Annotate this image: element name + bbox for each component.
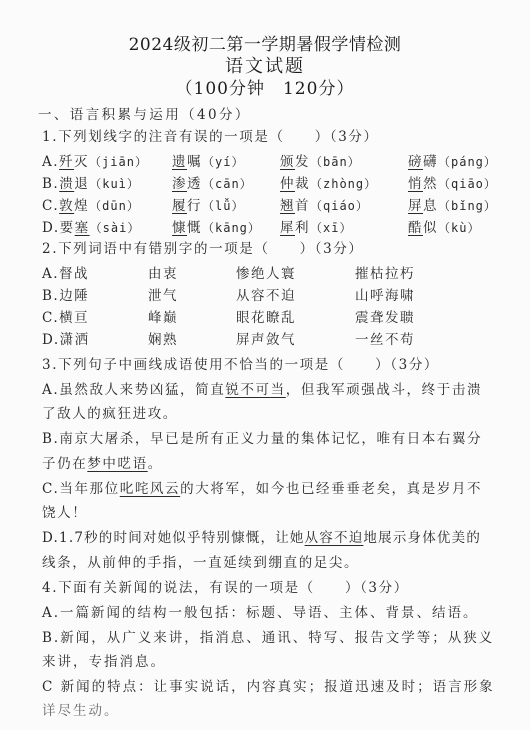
q3-option-b-line1: B.南京大屠杀，早已是所有正义力量的集体记忆，唯有日本右翼分	[42, 427, 482, 447]
q2-option-word: 眼花瞭乱	[236, 306, 296, 326]
q1-option-item: 颁发（bān）	[280, 150, 361, 170]
q3-option-d-line2: 线条，从前伸的手指，一直延续到绷直的足尖。	[42, 551, 359, 571]
q1-option-item: C.敦煌（dūn）	[42, 194, 140, 214]
q3-option-b-line2: 子仍在梦中呓语。	[42, 452, 163, 472]
q1-option-item: 悄然（qiāo）	[408, 172, 497, 192]
q2-option-word: 惨绝人寰	[236, 262, 296, 282]
section-heading: 一、语言积累与运用（40分）	[38, 103, 251, 123]
q1-option-item: A.歼灭（jiān）	[42, 150, 148, 170]
q4-option-b-line1: B.新闻，从广义来讲，指消息、通讯、特写、报告文学等；从狭义	[42, 626, 494, 646]
q2-option-word: 峰巅	[148, 306, 178, 326]
q3-option-c-line1: C.当年那位叱咤风云的大将军，如今也已经垂垂老矣，真是岁月不	[42, 477, 482, 497]
q3-option-c-line2: 饶人！	[42, 501, 87, 521]
q4-option-a: A.一篇新闻的结构一般包括：标题、导语、主体、背景、结语。	[42, 601, 479, 621]
q2-option-word: 娴熟	[148, 328, 178, 348]
time-score: （100分钟 120分）	[0, 74, 530, 99]
q2-option-word: 从容不迫	[236, 284, 296, 304]
q1-option-item: 磅礴（páng）	[408, 150, 497, 170]
q3-option-a-line2: 了敌人的疯狂进攻。	[42, 402, 178, 422]
q4-stem: 4.下面有关新闻的说法，有误的一项是（ ）（3分）	[42, 576, 409, 596]
q3-option-a-line1: A.虽然敌人来势凶猛，简直锐不可当，但我军顽强战斗，终于击溃	[42, 378, 482, 398]
exam-page: 2024级初二第一学期暑假学情检测 语文试题 （100分钟 120分） 一、语言…	[0, 0, 530, 730]
q2-option-word: D.潇洒	[42, 328, 90, 348]
q2-option-word: B.边陲	[42, 284, 89, 304]
q1-option-item: B.溃退（kuì）	[42, 172, 140, 192]
q1-stem: 1.下列划线字的注音有误的一项是（ ）（3分）	[42, 125, 379, 145]
q1-option-item: 仲裁（zhòng）	[280, 172, 377, 192]
q2-stem: 2.下列词语中有错别字的一项是（ ）（3分）	[42, 237, 364, 257]
q2-option-word: C.横亘	[42, 306, 89, 326]
q2-option-word: A.督战	[42, 262, 89, 282]
q1-option-item: 履行（lǚ）	[172, 194, 244, 214]
q4-option-c-line1: C 新闻的特点：让事实说话，内容真实；报道迅速及时；语言形象	[42, 675, 495, 695]
q2-option-word: 一丝不苟	[355, 328, 415, 348]
q1-option-item: 犀利（xī）	[280, 216, 352, 236]
q2-option-word: 由衷	[148, 262, 178, 282]
q2-option-word: 山呼海啸	[355, 284, 415, 304]
q1-option-item: 酷似（kù）	[408, 216, 480, 236]
q2-option-word: 屏声敛气	[236, 328, 296, 348]
q3-stem: 3.下列句子中画线成语使用不恰当的一项是（ ）（3分）	[42, 353, 439, 373]
q1-option-item: 遗嘱（yí）	[172, 150, 244, 170]
q1-option-item: 翘首（qiáo）	[280, 194, 369, 214]
q4-option-c-line2: 详尽生动。	[42, 699, 120, 719]
q2-option-word: 摧枯拉朽	[355, 262, 415, 282]
q4-option-b-line2: 来讲，专指消息。	[42, 650, 166, 670]
q1-option-item: 屏息（bǐng）	[408, 194, 497, 214]
q1-option-item: 渗透（cān）	[172, 172, 253, 192]
q2-option-word: 泄气	[148, 284, 178, 304]
q2-option-word: 震聋发聩	[355, 306, 415, 326]
q1-option-item: D.要塞（sài）	[42, 216, 140, 236]
q3-option-d-line1: D.1.7秒的时间对她似乎特别慷慨，让她从容不迫地展示身体优美的	[42, 526, 481, 546]
q1-option-item: 慷慨（kāng）	[172, 216, 261, 236]
